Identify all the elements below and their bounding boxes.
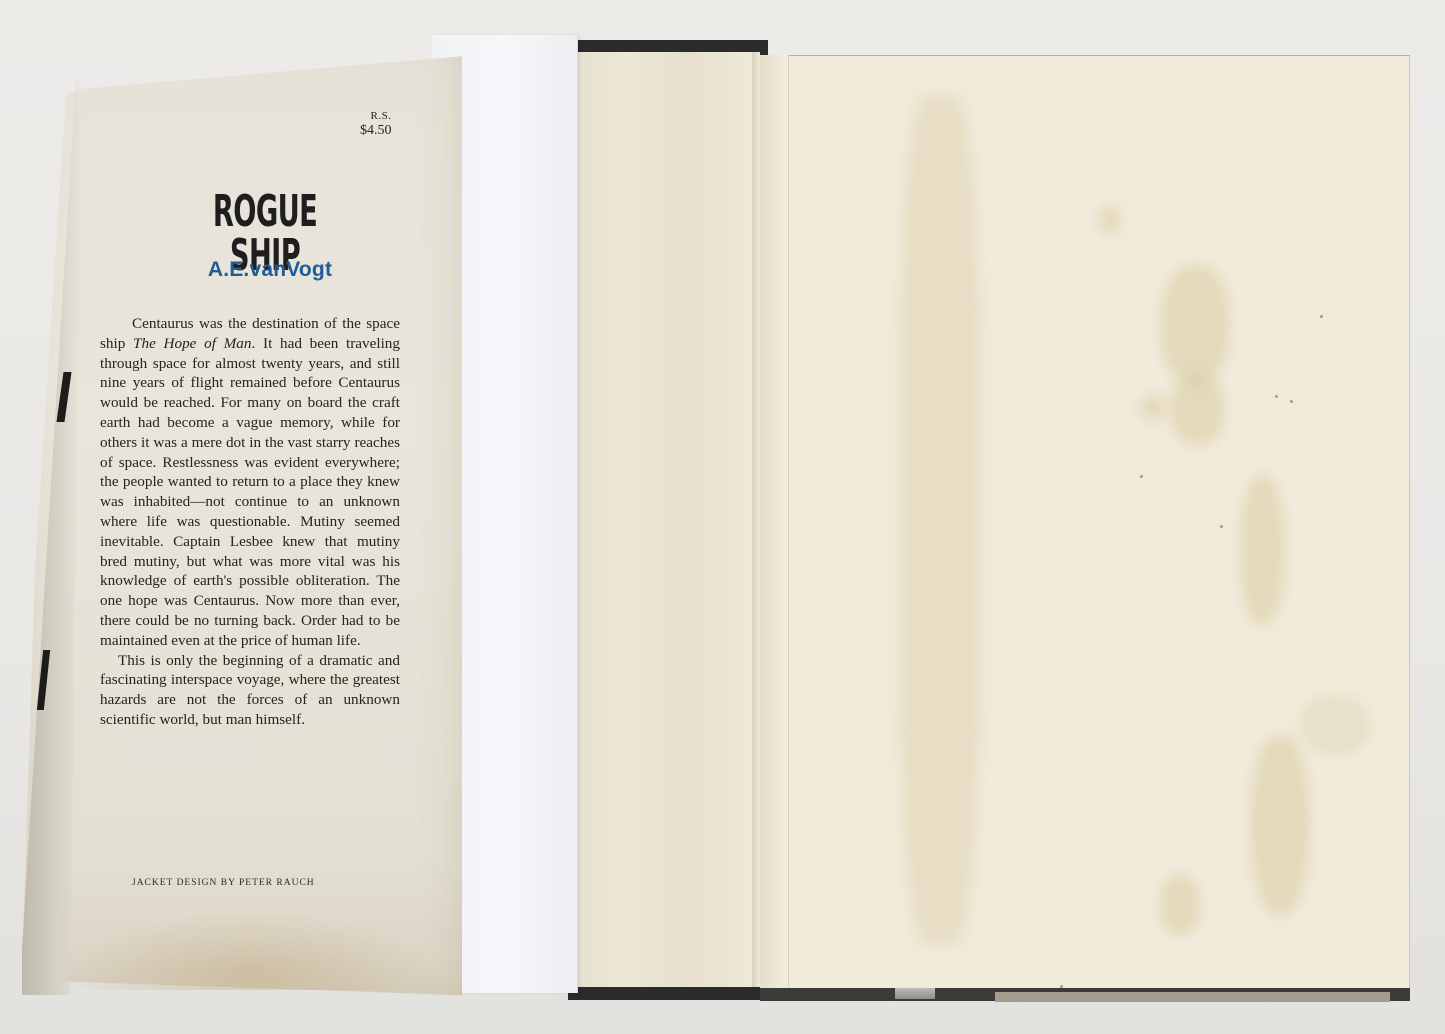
- blurb-paragraph-1: Centaurus was the destination of the spa…: [100, 314, 400, 651]
- foxing-stain: [1140, 395, 1165, 420]
- ship-name: The Hope of Man: [133, 335, 251, 352]
- foxing-stain: [1240, 475, 1285, 625]
- speck: [1060, 985, 1063, 988]
- foxing-stain: [1160, 875, 1200, 935]
- foxing-stain: [1100, 205, 1120, 235]
- blank-page: [760, 55, 1410, 988]
- foxing-stain: [1250, 735, 1310, 915]
- page-gutter: [760, 55, 789, 988]
- endpaper: [575, 52, 760, 987]
- speck: [1220, 525, 1223, 528]
- price-block: R.S. $4.50: [360, 110, 392, 139]
- water-stain: [900, 95, 980, 945]
- speck: [1320, 315, 1323, 318]
- jacket-design-credit: JACKET DESIGN BY PETER RAUCH: [132, 878, 315, 888]
- foxing-stain: [1300, 695, 1370, 755]
- flap-stain: [60, 910, 440, 990]
- price-code: R.S.: [360, 110, 392, 122]
- book-author: A.E.vanVogt: [150, 258, 390, 282]
- blurb-paragraph-2: This is only the beginning of a dramatic…: [100, 651, 400, 730]
- price: $4.50: [360, 123, 392, 139]
- speck: [1290, 400, 1293, 403]
- board-cloth-edge: [995, 992, 1390, 1002]
- foxing-stain: [1160, 265, 1230, 385]
- speck: [1275, 395, 1278, 398]
- jacket-blurb: Centaurus was the destination of the spa…: [100, 314, 400, 730]
- foxing-stain: [1170, 375, 1225, 445]
- speck: [1140, 475, 1143, 478]
